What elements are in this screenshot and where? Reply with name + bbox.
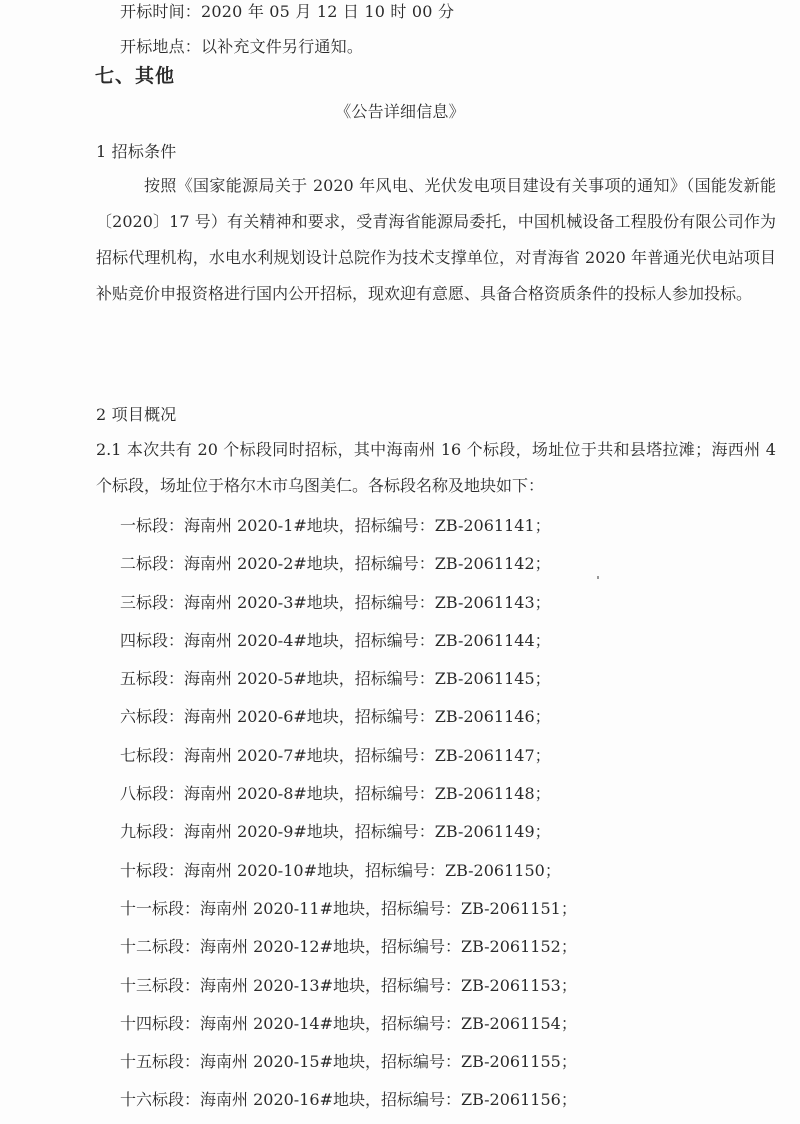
bid-opening-time: 开标时间：2020 年 05 月 12 日 10 时 00 分 xyxy=(120,2,454,22)
lot-item: 九标段：海南州 2020-9#地块，招标编号：ZB-2061149； xyxy=(120,822,577,860)
scan-speck xyxy=(597,576,599,579)
section-heading-other: 七、其他 xyxy=(95,66,175,86)
lot-item: 八标段：海南州 2020-8#地块，招标编号：ZB-2061148； xyxy=(120,784,577,822)
lot-item: 十一标段：海南州 2020-11#地块，招标编号：ZB-2061151； xyxy=(120,899,577,937)
bid-conditions-paragraph: 按照《国家能源局关于 2020 年风电、光伏发电项目建设有关事项的通知》（国能发… xyxy=(96,168,776,312)
bid-opening-location-label: 开标地点： xyxy=(120,37,201,56)
bid-opening-location-value: 以补充文件另行通知。 xyxy=(201,37,363,56)
lot-item: 六标段：海南州 2020-6#地块，招标编号：ZB-2061146； xyxy=(120,707,577,745)
lot-item: 十五标段：海南州 2020-15#地块，招标编号：ZB-2061155； xyxy=(120,1052,577,1090)
announcement-subtitle: 《公告详细信息》 xyxy=(0,102,800,122)
lot-list: 一标段：海南州 2020-1#地块，招标编号：ZB-2061141； 二标段：海… xyxy=(120,516,577,1124)
lot-item: 七标段：海南州 2020-7#地块，招标编号：ZB-2061147； xyxy=(120,746,577,784)
lot-item: 十六标段：海南州 2020-16#地块，招标编号：ZB-2061156； xyxy=(120,1090,577,1124)
bid-opening-location: 开标地点：以补充文件另行通知。 xyxy=(120,37,363,57)
bid-opening-time-value: 2020 年 05 月 12 日 10 时 00 分 xyxy=(201,2,454,21)
lot-item: 十四标段：海南州 2020-14#地块，招标编号：ZB-2061154； xyxy=(120,1014,577,1052)
lot-item: 三标段：海南州 2020-3#地块，招标编号：ZB-2061143； xyxy=(120,593,577,631)
section-heading-project-overview: 2 项目概况 xyxy=(96,405,176,425)
lot-item: 十标段：海南州 2020-10#地块，招标编号：ZB-2061150； xyxy=(120,861,577,899)
bid-opening-time-label: 开标时间： xyxy=(120,2,201,21)
section-heading-bid-conditions: 1 招标条件 xyxy=(96,142,176,162)
lot-item: 一标段：海南州 2020-1#地块，招标编号：ZB-2061141； xyxy=(120,516,577,554)
project-overview-paragraph: 2.1 本次共有 20 个标段同时招标，其中海南州 16 个标段，场址位于共和县… xyxy=(96,432,776,504)
lot-item: 十二标段：海南州 2020-12#地块，招标编号：ZB-2061152； xyxy=(120,937,577,975)
lot-item: 四标段：海南州 2020-4#地块，招标编号：ZB-2061144； xyxy=(120,631,577,669)
lot-item: 十三标段：海南州 2020-13#地块，招标编号：ZB-2061153； xyxy=(120,976,577,1014)
lot-item: 二标段：海南州 2020-2#地块，招标编号：ZB-2061142； xyxy=(120,554,577,592)
lot-item: 五标段：海南州 2020-5#地块，招标编号：ZB-2061145； xyxy=(120,669,577,707)
